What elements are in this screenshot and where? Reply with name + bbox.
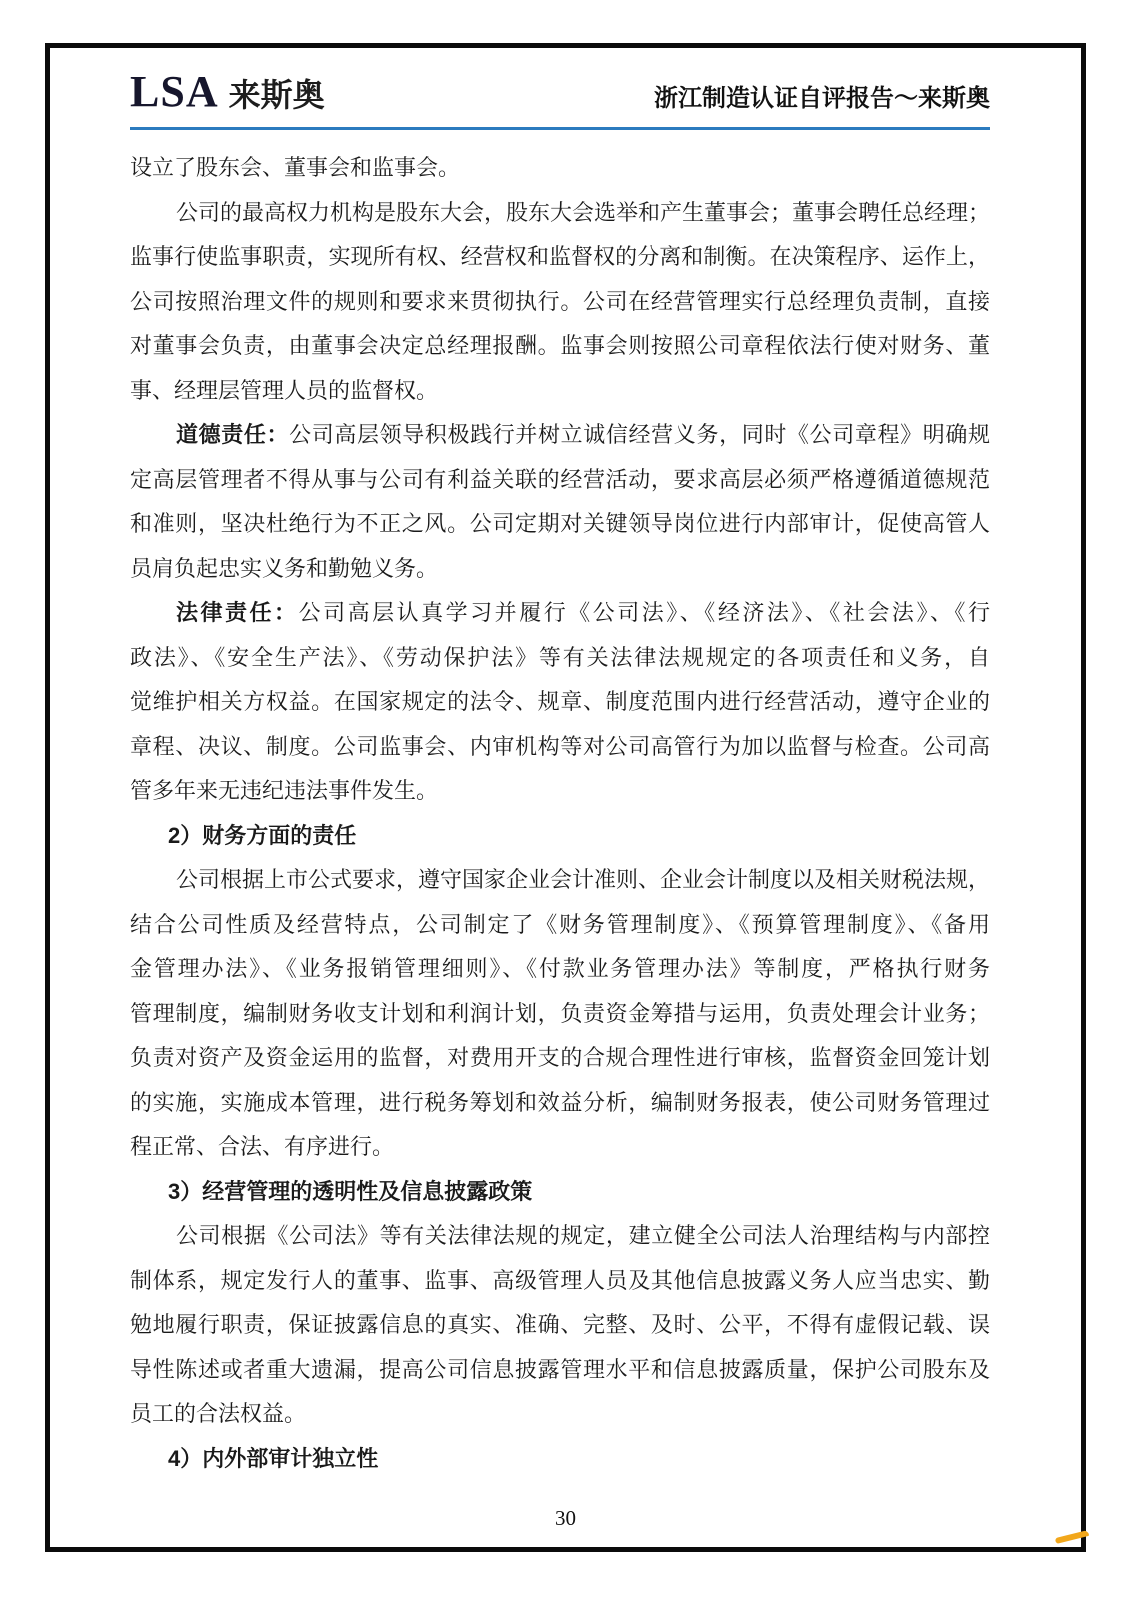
text-line: 定高层管理者不得从事与公司有利益关联的经营活动，要求高层必须严格遵循道德规范 (130, 458, 990, 503)
text-line: 对董事会负责，由董事会决定总经理报酬。监事会则按照公司章程依法行使对财务、董 (130, 324, 990, 369)
bold-lead-in: 道德责任： (176, 422, 289, 447)
section-heading: 4）内外部审计独立性 (130, 1437, 990, 1482)
bold-lead-in: 法律责任： (176, 600, 299, 625)
text-line: 管多年来无违纪违法事件发生。 (130, 769, 990, 814)
text-line: 制体系，规定发行人的董事、监事、高级管理人员及其他信息披露义务人应当忠实、勤 (130, 1259, 990, 1304)
text-line: 设立了股东会、董事会和监事会。 (130, 146, 990, 191)
page-header: LSA 来斯奥 浙江制造认证自评报告～来斯奥 (130, 62, 990, 114)
text-line: 员肩负起忠实义务和勤勉义务。 (130, 547, 990, 592)
text-line: 公司根据上市公式要求，遵守国家企业会计准则、企业会计制度以及相关财税法规， (130, 858, 990, 903)
text-line: 事、经理层管理人员的监督权。 (130, 369, 990, 414)
heading-line: 4）内外部审计独立性 (130, 1437, 990, 1482)
logo-swoosh-icon (1055, 1530, 1089, 1544)
text-line: 结合公司性质及经营特点，公司制定了《财务管理制度》、《预算管理制度》、《备用 (130, 903, 990, 948)
heading-line: 2）财务方面的责任 (130, 814, 990, 859)
text-line: 管理制度，编制财务收支计划和利润计划，负责资金筹措与运用，负责处理会计业务； (130, 992, 990, 1037)
text-line: 政法》、《安全生产法》、《劳动保护法》等有关法律法规规定的各项责任和义务，自 (130, 636, 990, 681)
text-line: 监事行使监事职责，实现所有权、经营权和监督权的分离和制衡。在决策程序、运作上， (130, 235, 990, 280)
text-line: 负责对资产及资金运用的监督，对费用开支的合规合理性进行审核，监督资金回笼计划 (130, 1036, 990, 1081)
text-line: 公司按照治理文件的规则和要求来贯彻执行。公司在经营管理实行总经理负责制，直接 (130, 280, 990, 325)
text-line: 勉地履行职责，保证披露信息的真实、准确、完整、及时、公平，不得有虚假记载、误 (130, 1303, 990, 1348)
text-line: 和准则，坚决杜绝行为不正之风。公司定期对关键领导岗位进行内部审计，促使高管人 (130, 502, 990, 547)
header-rule (130, 127, 990, 130)
paragraph: 法律责任：公司高层认真学习并履行《公司法》、《经济法》、《社会法》、《行政法》、… (130, 591, 990, 814)
text-line: 道德责任：公司高层领导积极践行并树立诚信经营义务，同时《公司章程》明确规 (130, 413, 990, 458)
paragraph: 公司根据上市公式要求，遵守国家企业会计准则、企业会计制度以及相关财税法规，结合公… (130, 858, 990, 1170)
text-line: 金管理办法》、《业务报销管理细则》、《付款业务管理办法》等制度，严格执行财务 (130, 947, 990, 992)
logo-lsa-text: LSA (130, 70, 219, 114)
text-line: 导性陈述或者重大遗漏，提高公司信息披露管理水平和信息披露质量，保护公司股东及 (130, 1348, 990, 1393)
section-heading: 3）经营管理的透明性及信息披露政策 (130, 1170, 990, 1215)
section-heading: 2）财务方面的责任 (130, 814, 990, 859)
text-line: 公司的最高权力机构是股东大会，股东大会选举和产生董事会；董事会聘任总经理； (130, 191, 990, 236)
paragraph: 公司根据《公司法》等有关法律法规的规定，建立健全公司法人治理结构与内部控制体系，… (130, 1214, 990, 1437)
logo-chinese-text: 来斯奥 (229, 76, 325, 114)
document-body: 设立了股东会、董事会和监事会。公司的最高权力机构是股东大会，股东大会选举和产生董… (130, 146, 990, 1481)
report-page: LSA 来斯奥 浙江制造认证自评报告～来斯奥 设立了股东会、董事会和监事会。公司… (45, 43, 1086, 1552)
paragraph: 设立了股东会、董事会和监事会。 (130, 146, 990, 191)
heading-line: 3）经营管理的透明性及信息披露政策 (130, 1170, 990, 1215)
text-line: 程正常、合法、有序进行。 (130, 1125, 990, 1170)
text-line: 的实施，实施成本管理，进行税务筹划和效益分析，编制财务报表，使公司财务管理过 (130, 1081, 990, 1126)
page-number: 30 (50, 1506, 1081, 1531)
paragraph: 道德责任：公司高层领导积极践行并树立诚信经营义务，同时《公司章程》明确规定高层管… (130, 413, 990, 591)
text-line: 员工的合法权益。 (130, 1392, 990, 1437)
text-line: 公司根据《公司法》等有关法律法规的规定，建立健全公司法人治理结构与内部控 (130, 1214, 990, 1259)
header-title: 浙江制造认证自评报告～来斯奥 (654, 84, 990, 114)
text-line: 觉维护相关方权益。在国家规定的法令、规章、制度范围内进行经营活动，遵守企业的 (130, 680, 990, 725)
paragraph: 公司的最高权力机构是股东大会，股东大会选举和产生董事会；董事会聘任总经理；监事行… (130, 191, 990, 414)
company-logo: LSA 来斯奥 (130, 70, 325, 114)
text-line: 法律责任：公司高层认真学习并履行《公司法》、《经济法》、《社会法》、《行 (130, 591, 990, 636)
text-line: 章程、决议、制度。公司监事会、内审机构等对公司高管行为加以监督与检查。公司高 (130, 725, 990, 770)
